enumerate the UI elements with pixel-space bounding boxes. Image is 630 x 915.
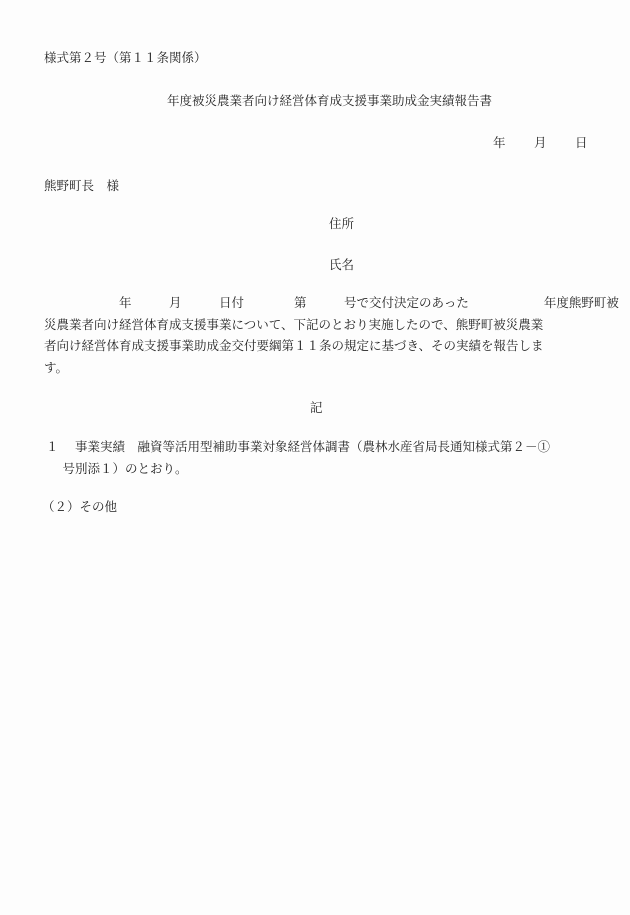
date-year: 年: [493, 132, 506, 153]
item-1-line-2: 号別添１）のとおり。: [46, 458, 592, 480]
body-paragraph: 年 月 日付 第 号で交付決定のあった 年度熊野町被 災農業者向け経営体育成支援…: [44, 292, 590, 378]
form-label: 様式第２号（第１１条関係）: [44, 47, 207, 68]
addressee: 熊野町長 様: [44, 175, 119, 196]
body-line: 者向け経営体育成支援事業助成金交付要綱第１１条の規定に基づき、その実績を報告しま: [44, 335, 590, 357]
name-label: 氏名: [329, 254, 354, 275]
body-line: す。: [44, 357, 590, 379]
item-1-line-1: １ 事業実績 融資等活用型補助事業対象経営体調書（農林水産省局長通知様式第２－①: [46, 436, 592, 458]
address-label: 住所: [329, 213, 354, 234]
ki-heading: 記: [310, 397, 323, 418]
body-line: 年 月 日付 第 号で交付決定のあった 年度熊野町被: [44, 292, 590, 314]
date-month: 月: [534, 132, 547, 153]
date-day: 日: [575, 132, 588, 153]
item-1: １ 事業実績 融資等活用型補助事業対象経営体調書（農林水産省局長通知様式第２－①…: [46, 436, 592, 479]
body-line: 災農業者向け経営体育成支援事業について、下記のとおり実施したので、熊野町被災農業: [44, 314, 590, 336]
document-title: 年度被災農業者向け経営体育成支援事業助成金実績報告書: [167, 90, 492, 111]
item-2: （２）その他: [42, 496, 117, 517]
